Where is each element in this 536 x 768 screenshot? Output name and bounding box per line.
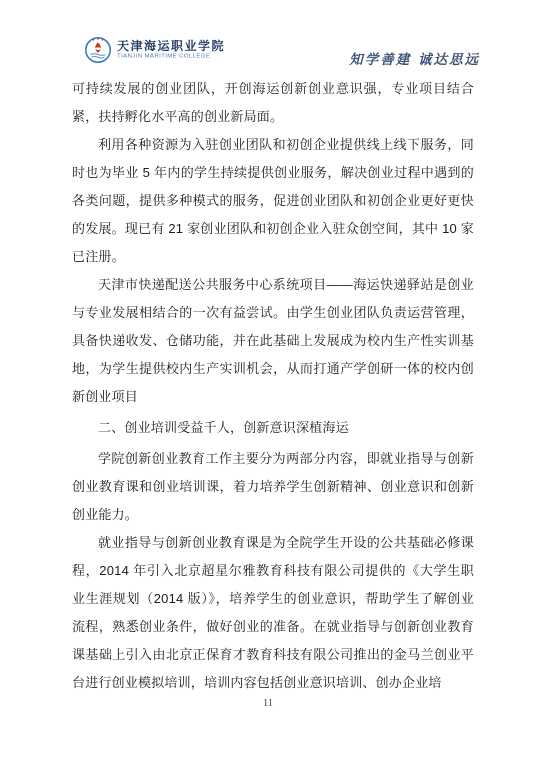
page-number: 11 [263, 698, 273, 709]
college-emblem-icon [84, 36, 112, 64]
college-name-en: TIANJIN MARITIME COLLEGE [117, 53, 225, 60]
paragraph: 就业指导与创新创业教育课是为全院学生开设的公共基础必修课程，2014 年引入北京… [72, 529, 474, 697]
page-footer: 11 [0, 698, 536, 709]
college-motto-calligraphy: 知学善建 诚达思远 [349, 48, 480, 68]
college-logo: 天津海运职业学院 TIANJIN MARITIME COLLEGE [84, 36, 225, 64]
document-page: 天津海运职业学院 TIANJIN MARITIME COLLEGE 知学善建 诚… [0, 0, 536, 768]
paragraph: 利用各种资源为入驻创业团队和初创企业提供线上线下服务，同时也为毕业 5 年内的学… [72, 131, 474, 271]
paragraph: 可持续发展的创业团队，开创海运创新创业意识强，专业项目结合紧，扶持孵化水平高的创… [72, 75, 474, 131]
college-name-block: 天津海运职业学院 TIANJIN MARITIME COLLEGE [117, 39, 225, 61]
document-body: 可持续发展的创业团队，开创海运创新创业意识强，专业项目结合紧，扶持孵化水平高的创… [72, 75, 474, 697]
college-name-zh: 天津海运职业学院 [117, 39, 225, 53]
page-header: 天津海运职业学院 TIANJIN MARITIME COLLEGE 知学善建 诚… [0, 0, 536, 80]
paragraph: 学院创新创业教育工作主要分为两部分内容，即就业指导与创新创业教育课和创业培训课，… [72, 445, 474, 529]
section-heading: 二、创业培训受益千人，创新意识深植海运 [72, 414, 474, 442]
paragraph: 天津市快递配送公共服务中心系统项目——海运快递驿站是创业与专业发展相结合的一次有… [72, 271, 474, 411]
